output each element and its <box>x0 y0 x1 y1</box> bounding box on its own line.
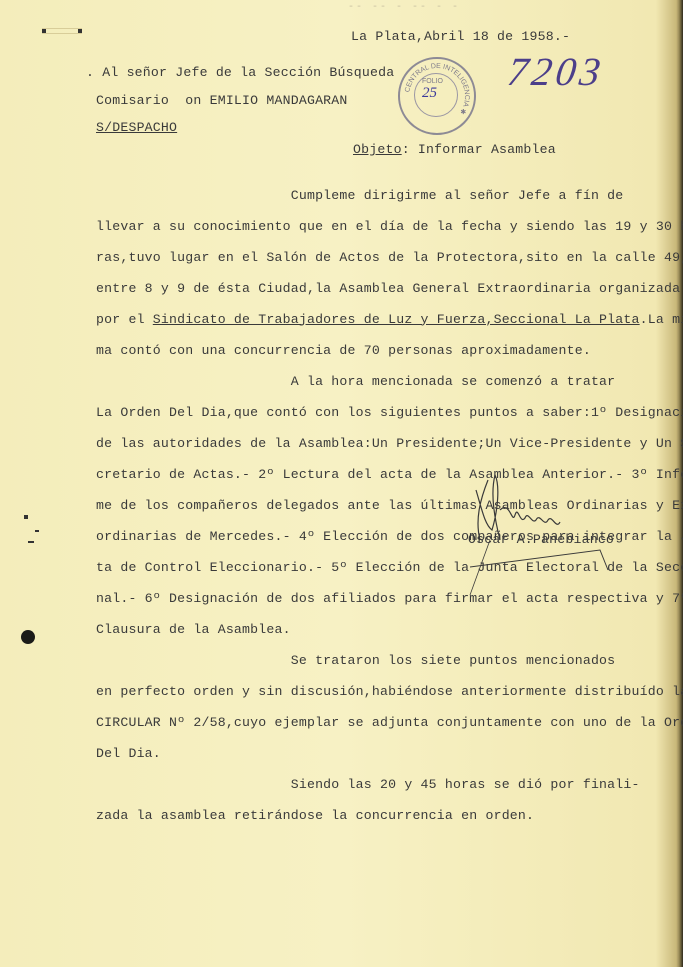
signatory-name: Oscar A.Panebianco <box>468 532 614 548</box>
staple-mark <box>42 28 82 34</box>
recipient-line-3: S/DESPACHO <box>96 120 177 136</box>
handwritten-number: 7203 <box>505 48 608 95</box>
underlined-union-name: Sindicato de Trabajadores de Luz y Fuerz… <box>153 312 640 327</box>
body-line: Se trataron los siete puntos mencionados <box>96 653 683 669</box>
body-line: Siendo las 20 y 45 horas se dió por fina… <box>96 777 683 793</box>
folio-stamp: CENTRAL DE INTELIGENCIA ✱ FOLIO 25 <box>398 57 476 135</box>
subject-line: Objeto: Informar Asamblea <box>353 142 556 158</box>
body-line: Clausura de la Asamblea. <box>96 622 683 638</box>
body-line: ma contó con una concurrencia de 70 pers… <box>96 343 683 359</box>
faint-top-mark: -- -- - -- - - <box>348 2 460 13</box>
punch-hole <box>21 630 35 644</box>
body-line: zada la asamblea retirándose la concurre… <box>96 808 683 824</box>
body-line: de las autoridades de la Asamblea:Un Pre… <box>96 436 683 452</box>
body-line: La Orden Del Dia,que contó con los sigui… <box>96 405 683 421</box>
ink-speck <box>24 515 28 519</box>
subject-label: Objeto <box>353 142 402 157</box>
recipient-line-2: Comisario on EMILIO MANDAGARAN <box>96 93 348 109</box>
stamp-folio-label: FOLIO <box>422 78 443 85</box>
ink-speck <box>35 530 39 532</box>
recipient-line-1: . Al señor Jefe de la Sección Búsqueda <box>86 65 394 81</box>
body-line: CIRCULAR Nº 2/58,cuyo ejemplar se adjunt… <box>96 715 683 731</box>
body-line: A la hora mencionada se comenzó a tratar <box>96 374 683 390</box>
stamp-folio-number: 25 <box>422 85 437 102</box>
body-line: entre 8 y 9 de ésta Ciudad,la Asamblea G… <box>96 281 683 297</box>
body-line: Del Dia. <box>96 746 683 762</box>
body-line: Cumpleme dirigirme al señor Jefe a fín d… <box>96 188 683 204</box>
body-line: por el Sindicato de Trabajadores de Luz … <box>96 312 683 328</box>
body-line: en perfecto orden y sin discusión,habién… <box>96 684 683 700</box>
subject-value: : Informar Asamblea <box>402 142 556 157</box>
date-line: La Plata,Abril 18 de 1958.- <box>351 29 570 45</box>
body-line: ras,tuvo lugar en el Salón de Actos de l… <box>96 250 683 266</box>
ink-speck <box>28 541 34 543</box>
body-line: llevar a su conocimiento que en el día d… <box>96 219 683 235</box>
